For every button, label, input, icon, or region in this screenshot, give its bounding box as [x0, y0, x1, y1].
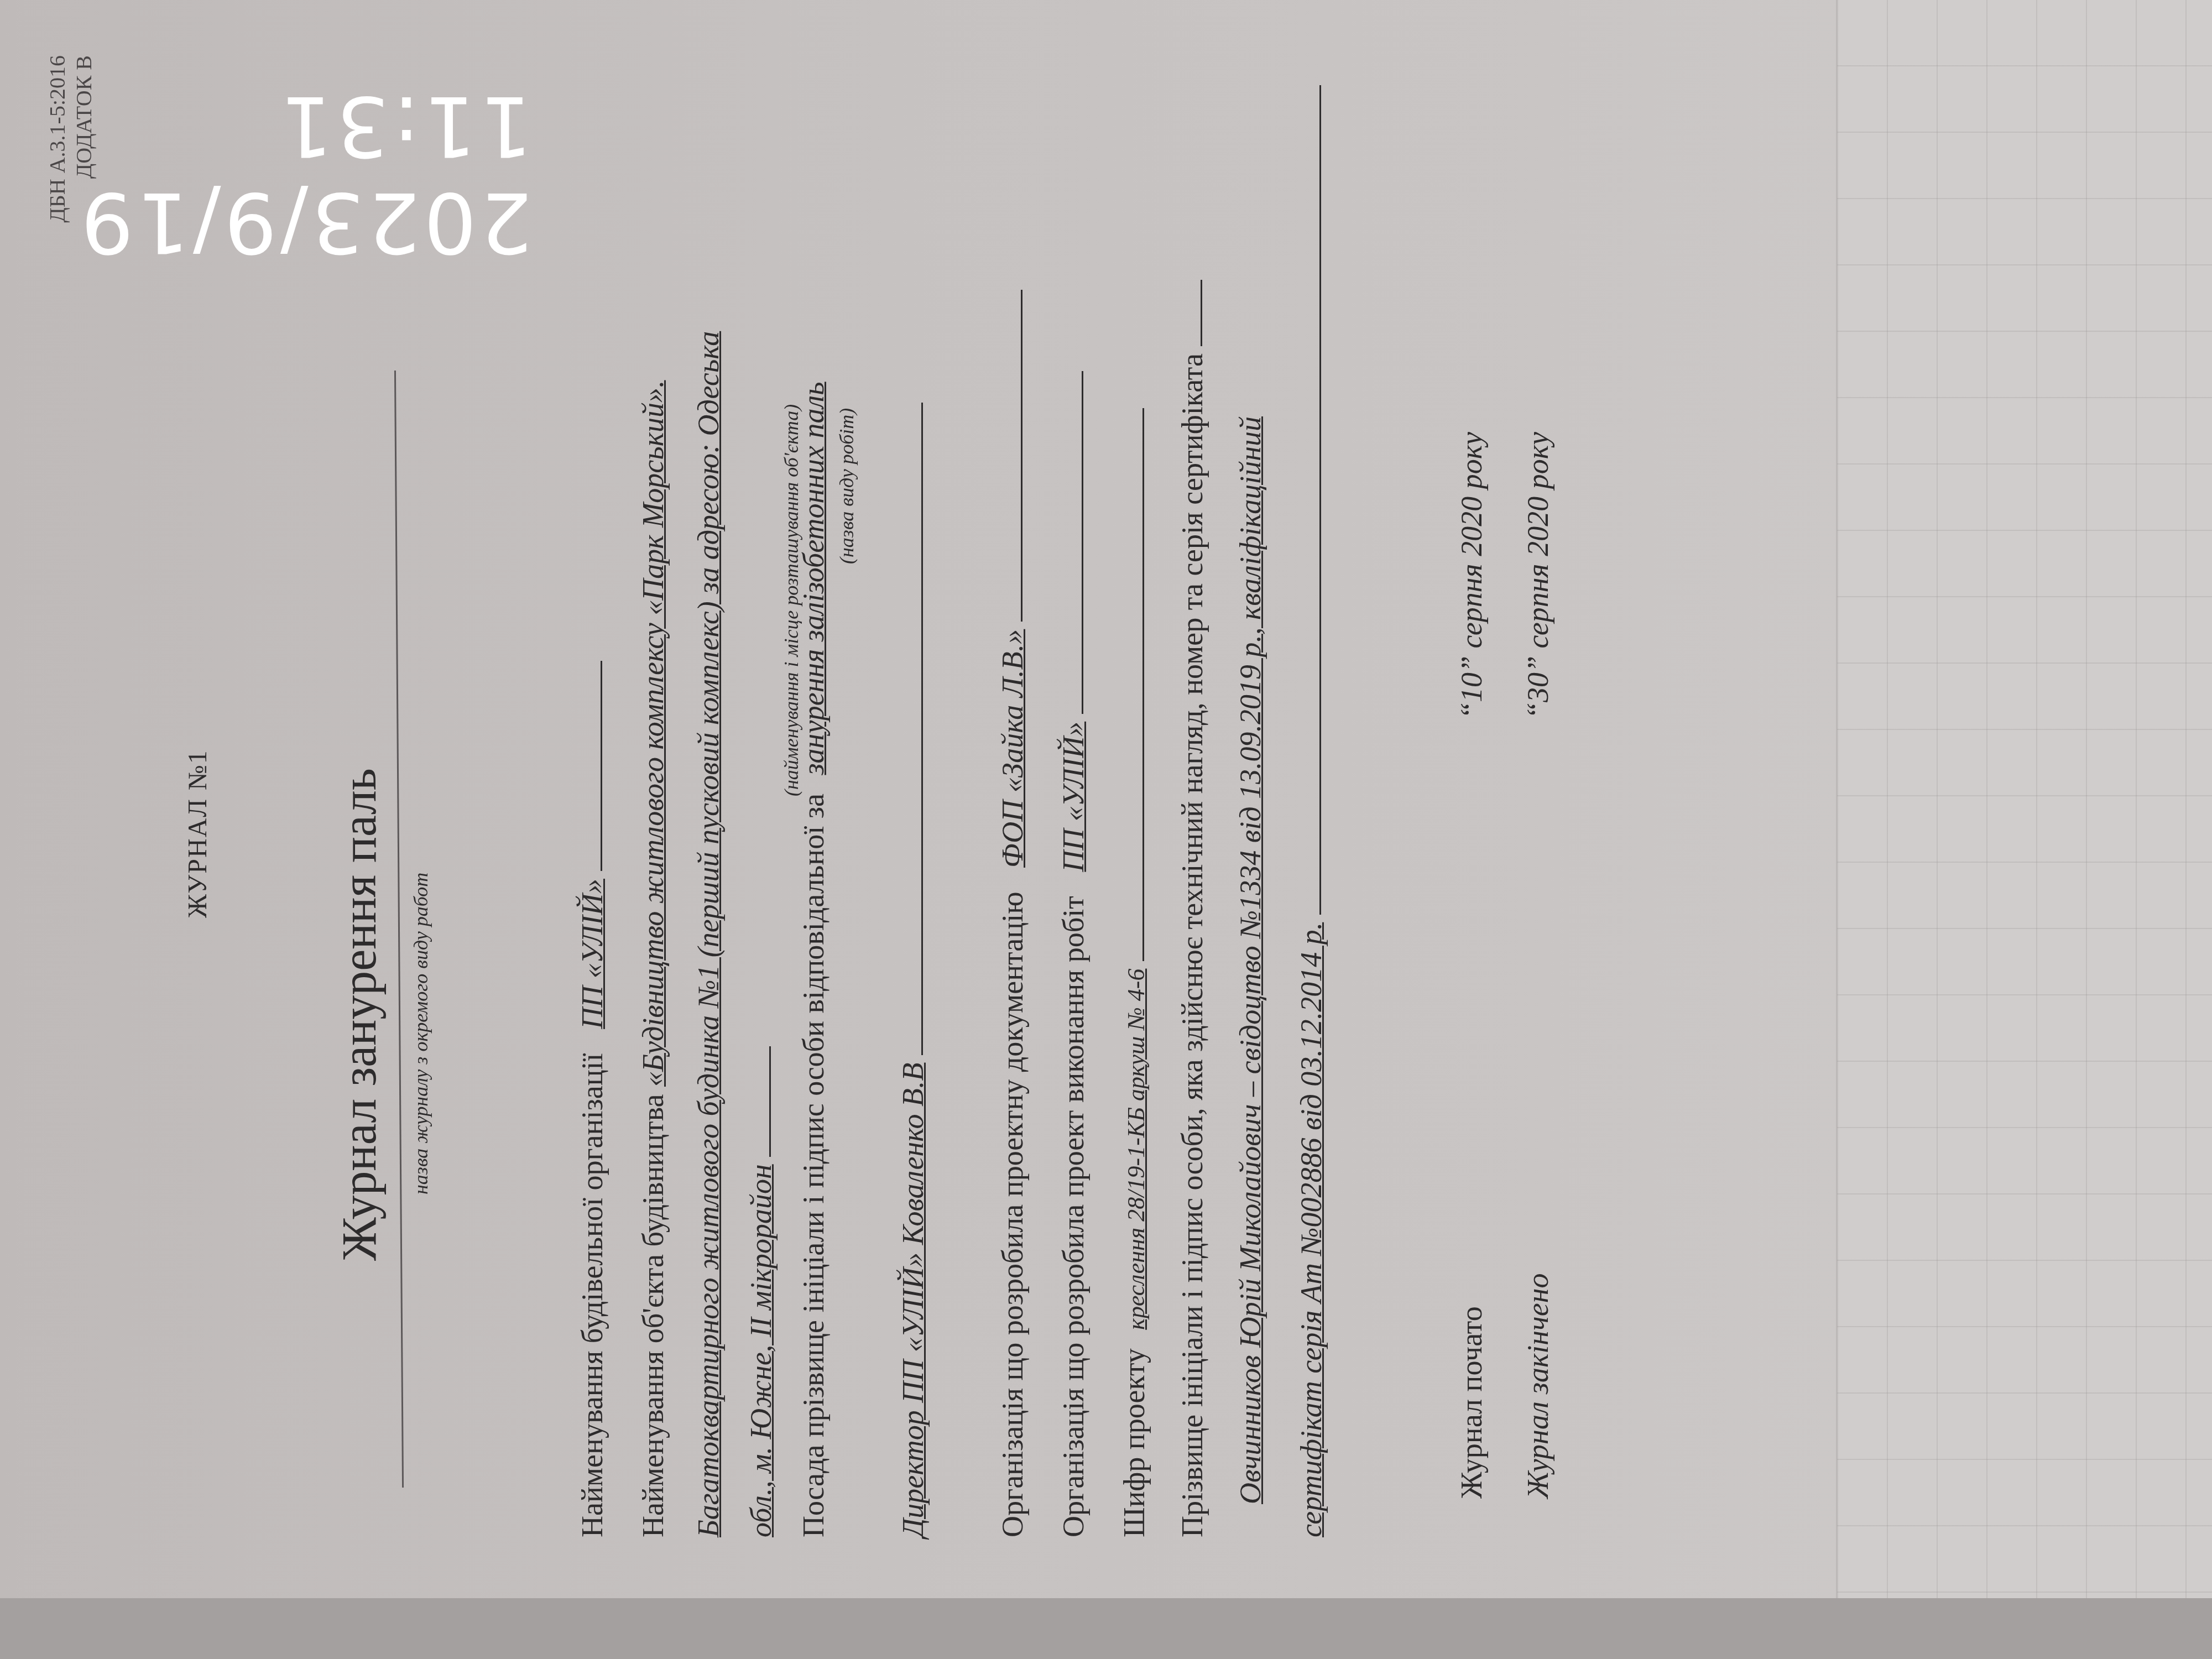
- project-code-row: Шифр проекту креслення 28/19-1-КБ аркуш …: [1117, 408, 1151, 1537]
- journal-number: ЖУРНАЛ №1: [182, 749, 213, 918]
- responsible-work: занурення залізобетонних паль: [797, 382, 830, 775]
- field-rule: [600, 661, 602, 871]
- field-rule: [1081, 371, 1083, 714]
- journal-finished-row: Журнал закінчено: [1521, 1273, 1555, 1499]
- photo-timestamp-container: 2023/9/19 11:31: [33, 22, 531, 133]
- responsible-person-row: Директор ПП «УЛІЙ» Коваленко В.В: [896, 403, 930, 1537]
- field-rule: [1319, 85, 1321, 915]
- supervisor-row-2: сертифікат серія Ат №002886 від 03.12.20…: [1294, 85, 1328, 1537]
- field-rule: [1200, 280, 1202, 346]
- journal-finished-label: Журнал закінчено: [1521, 1273, 1554, 1499]
- project-code-label: Шифр проекту: [1118, 1348, 1151, 1537]
- object-row-2: Багатоквартирного житлового будинка №1 (…: [691, 331, 726, 1537]
- object-value-1: «Будівництво житлового комплексу «Парк М…: [637, 380, 670, 1087]
- supervisor-row-1: Овчинников Юрій Миколайович – свідоцтво …: [1233, 416, 1267, 1504]
- supervisor-value-2: сертифікат серія Ат №002886 від 03.12.20…: [1295, 922, 1328, 1537]
- supervisor-value-1: Овчинников Юрій Миколайович – свідоцтво …: [1234, 416, 1267, 1504]
- field-rule: [1020, 290, 1022, 622]
- object-value-3: обл., м. Южне, II мікрорайон: [744, 1164, 778, 1537]
- object-value-2: Багатоквартирного житлового будинка №1 (…: [692, 331, 725, 1537]
- document-page: ДБН А.3.1-5:2016 ДОДАТОК В ЖУРНАЛ №1 Жур…: [22, 33, 1847, 1615]
- journal-finished-date: “30” серпня 2020 року: [1521, 432, 1555, 719]
- execution-org-value: ПП «УЛІЙ»: [1057, 722, 1090, 872]
- execution-org-row: Організація що розробила проект виконанн…: [1056, 371, 1091, 1537]
- photo-timestamp: 2023/9/19 11:31: [77, 77, 533, 270]
- responsible-person: Директор ПП «УЛІЙ» Коваленко В.В: [896, 1063, 930, 1537]
- page-subtitle: назва журналу з окремого виду работ: [409, 873, 432, 1194]
- title-underline: [394, 371, 404, 1488]
- journal-started-date: “10” серпня 2020 року: [1454, 432, 1489, 719]
- execution-org-label: Організація що розробила проект виконанн…: [1057, 896, 1090, 1537]
- design-org-label: Організація що розробила проектну докуме…: [996, 891, 1029, 1537]
- page-title: Журнал занурення паль: [332, 768, 388, 1261]
- object-row-1: Найменування об'єкта будівництва «Будівн…: [636, 380, 670, 1538]
- project-code-value: креслення 28/19-1-КБ аркуш № 4-6: [1123, 969, 1150, 1330]
- design-org-value: ФОП «Зайка Л.В.»: [996, 629, 1029, 868]
- field-rule: [921, 403, 923, 1055]
- responsible-row: Посада прізвище ініціали і підпис особи …: [796, 382, 831, 1537]
- responsible-label: Посада прізвище ініціали і підпис особи …: [797, 794, 830, 1537]
- builder-org-label: Найменування будівельної організації: [576, 1053, 609, 1537]
- builder-org-row: Найменування будівельної організації ПП …: [575, 661, 609, 1537]
- object-row-3: обл., м. Южне, II мікрорайон: [744, 1046, 778, 1537]
- supervisor-label-row: Прізвище ініціали і підпис особи, яка зд…: [1175, 280, 1209, 1537]
- supervisor-label: Прізвище ініціали і підпис особи, яка зд…: [1176, 353, 1209, 1537]
- design-org-row: Організація що розробила проектну докуме…: [995, 290, 1030, 1537]
- journal-started-row: Журнал почато: [1454, 1306, 1489, 1499]
- responsible-hint: (назва виду робіт): [835, 408, 858, 564]
- field-rule: [769, 1046, 771, 1157]
- builder-org-value: ПП «УЛІЙ»: [576, 879, 609, 1029]
- journal-started-label: Журнал почато: [1455, 1306, 1488, 1499]
- object-label: Найменування об'єкта будівництва: [637, 1094, 670, 1537]
- background-grid-sheet: [1836, 0, 2212, 1659]
- field-rule: [1142, 408, 1144, 961]
